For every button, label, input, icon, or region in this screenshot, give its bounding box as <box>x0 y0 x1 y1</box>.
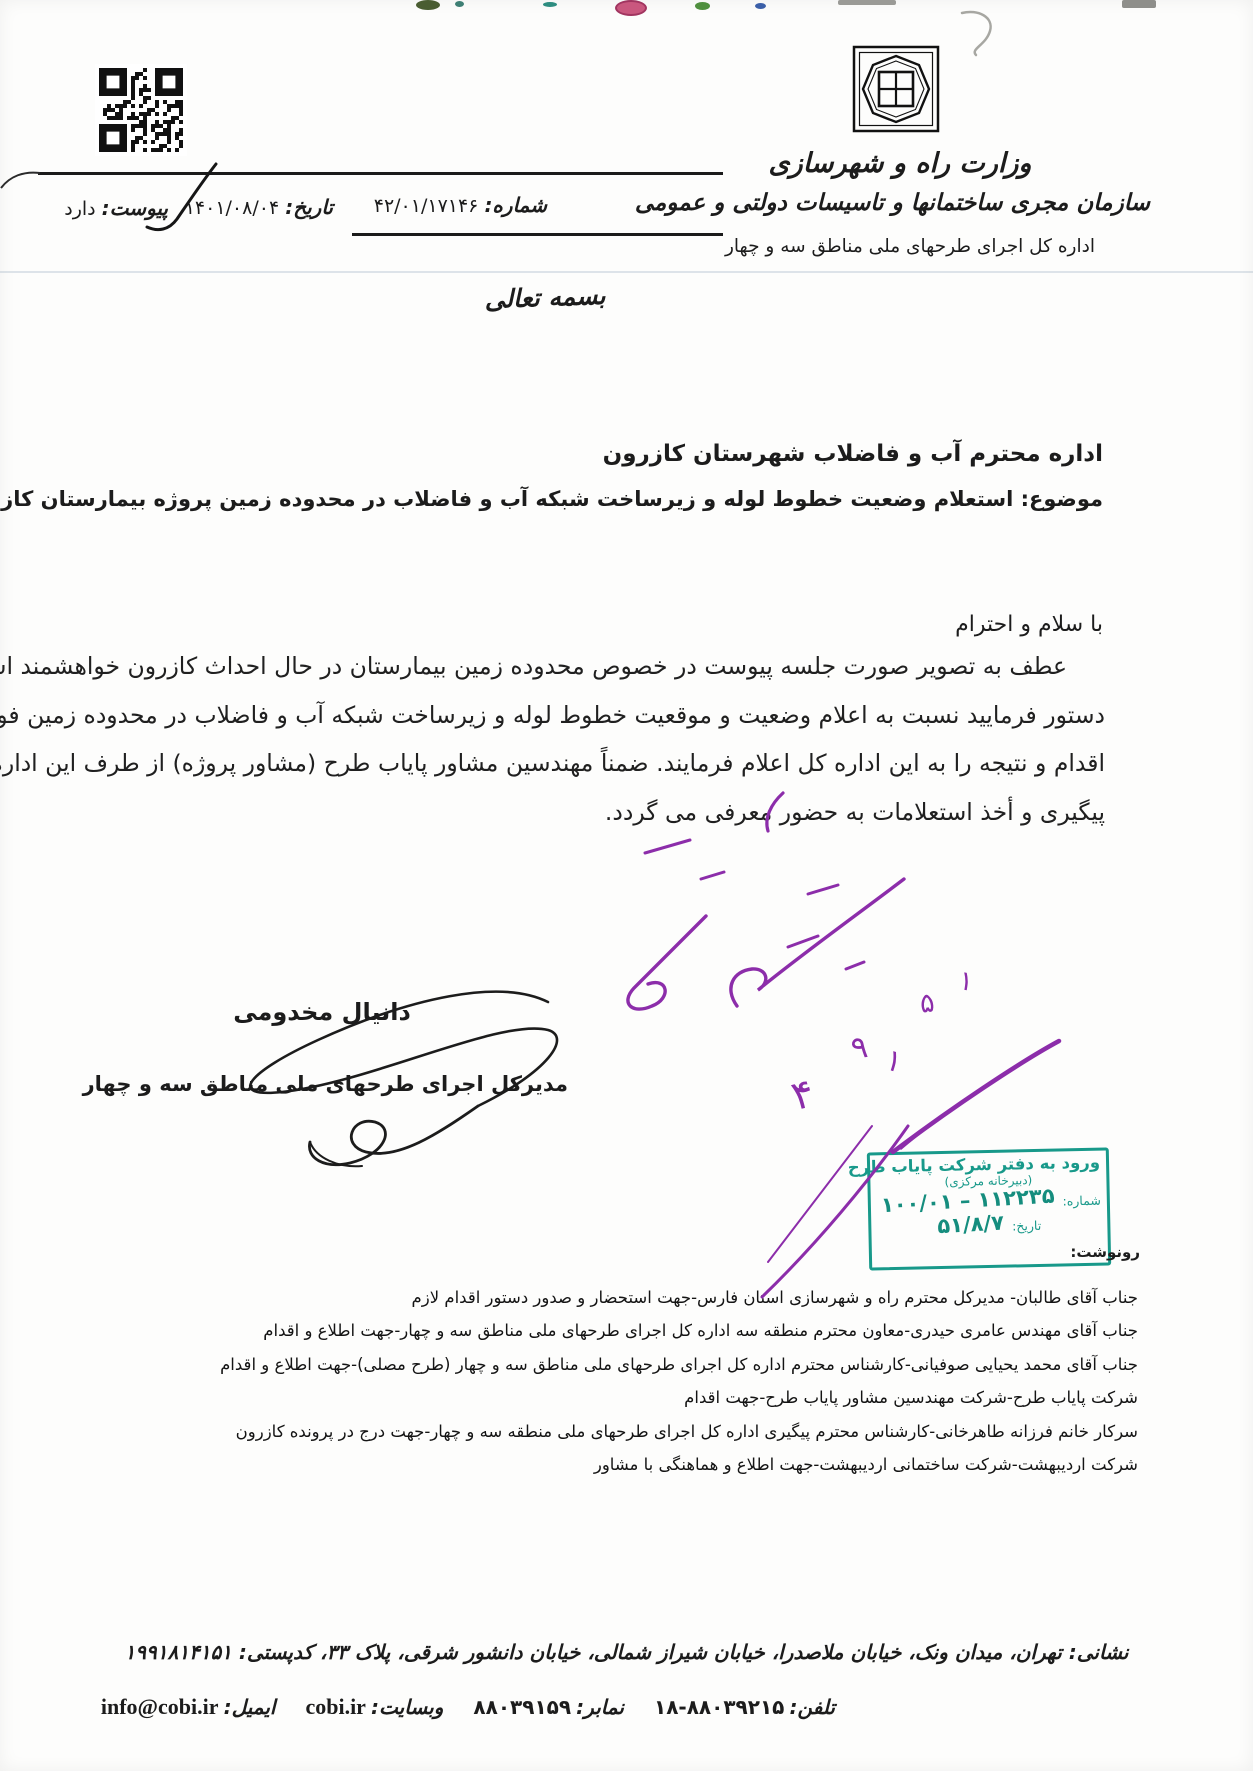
pen-digit: ۵ <box>918 987 936 1019</box>
scan-artifact <box>416 0 440 10</box>
letter-number-value: ۴۲/۰۱/۱۷۱۴۶ <box>374 195 479 217</box>
cc-item: سرکار خانم فرزانه طاهرخانی-کارشناس محترم… <box>118 1422 1138 1455</box>
scan-artifact <box>755 3 766 9</box>
scan-artifact <box>455 1 464 7</box>
scan-fold-line <box>0 271 1253 273</box>
email-value: info@cobi.ir <box>101 1694 219 1719</box>
signature <box>140 960 600 1190</box>
footer-phone: تلفن: ۱۸-۸۸۰۳۹۲۱۵ <box>654 1695 835 1719</box>
cc-item: جناب آقای مهندس عامری حیدری-معاون محترم … <box>118 1321 1138 1354</box>
cc-item: جناب آقای محمد یحیایی صوفیانی-کارشناس مح… <box>118 1355 1138 1388</box>
ministry-emblem-icon <box>851 44 941 138</box>
header-rule-bottom <box>352 233 723 236</box>
email-label: ایمیل: <box>224 1695 276 1719</box>
department-name: اداره کل اجرای طرحهای ملی مناطق سه و چها… <box>700 236 1120 257</box>
footer-web: وبسایت: cobi.ir <box>305 1694 443 1720</box>
attachment-checkmark <box>130 150 230 245</box>
cc-item: شرکت اردیبهشت-شرکت ساختمانی اردیبهشت-جهت… <box>118 1455 1138 1488</box>
besmele: بسمه تعالی <box>450 280 641 316</box>
scanned-letter-page: وزارت راه و شهرسازی سازمان مجری ساختمانه… <box>0 0 1253 1771</box>
letter-number-label: شماره: <box>484 193 547 217</box>
footer-fax: نمابر: ۸۸۰۳۹۱۵۹ <box>473 1695 624 1719</box>
ministry-name: وزارت راه و شهرسازی <box>700 148 1100 179</box>
scan-artifact <box>695 2 710 10</box>
attachment-value: دارد <box>64 198 95 220</box>
fax-label: نمابر: <box>576 1695 624 1719</box>
phone-label: تلفن: <box>789 1695 835 1719</box>
corner-scan-mark <box>0 140 60 200</box>
subject-line: موضوع: استعلام وضعیت خطوط لوله و زیرساخت… <box>0 487 1103 511</box>
letter-date-label: تاریخ: <box>285 195 333 219</box>
fax-value: ۸۸۰۳۹۱۵۹ <box>473 1695 571 1719</box>
body-line: دستور فرمایید نسبت به اعلام وضعیت و موقع… <box>75 701 1105 750</box>
scan-artifact <box>1122 0 1156 8</box>
body-line: عطف به تصویر صورت جلسه پیوست در خصوص محد… <box>75 652 1105 701</box>
letter-number-field: شماره: ۴۲/۰۱/۱۷۱۴۶ <box>374 193 547 217</box>
footer-email: ایمیل: info@cobi.ir <box>101 1694 276 1720</box>
salutation: با سلام و احترام <box>955 612 1103 637</box>
scan-artifact <box>543 2 557 7</box>
cc-item: شرکت پایاب طرح-شرکت مهندسین مشاور پایاب … <box>118 1388 1138 1421</box>
qr-code <box>95 64 187 160</box>
organization-name: سازمان مجری ساختمانها و تاسیسات دولتی و … <box>650 190 1150 216</box>
web-label: وبسایت: <box>371 1695 443 1719</box>
recipient-line: اداره محترم آب و فاضلاب شهرستان کازرون <box>603 441 1103 467</box>
scan-artifact <box>838 0 896 5</box>
footer-address: نشانی: تهران، میدان ونک، خیابان ملاصدرا،… <box>0 1640 1253 1664</box>
pencil-smudge <box>950 5 1010 60</box>
footer-contacts: تلفن: ۱۸-۸۸۰۳۹۲۱۵ نمابر: ۸۸۰۳۹۱۵۹ وبسایت… <box>101 1694 835 1720</box>
cc-list: جناب آقای طالبان- مدیرکل محترم راه و شهر… <box>118 1288 1138 1488</box>
scan-artifact <box>615 0 647 16</box>
phone-value: ۱۸-۸۸۰۳۹۲۱۵ <box>654 1695 784 1719</box>
web-value: cobi.ir <box>305 1694 366 1719</box>
